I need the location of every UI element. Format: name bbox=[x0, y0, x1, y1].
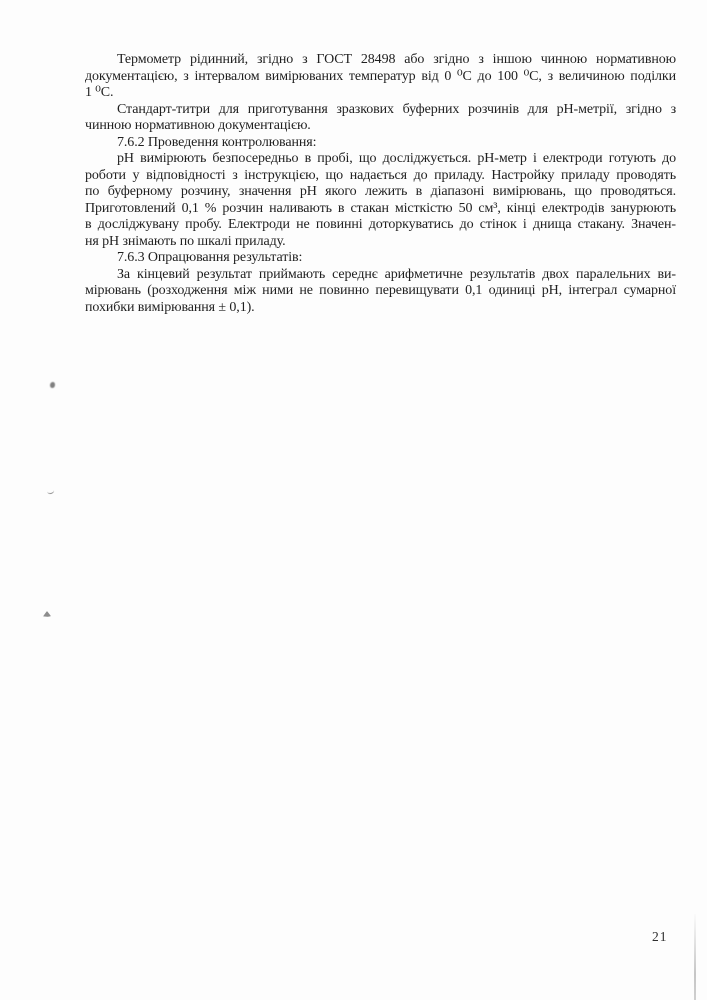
text-line: ня рН знімають по шкалі приладу. bbox=[85, 234, 676, 251]
text-line: Приготовлений 0,1 % розчин наливають в с… bbox=[85, 201, 676, 218]
section-heading-7-6-2: 7.6.2 Проведення контролювання: bbox=[85, 135, 676, 152]
scan-edge-artifact bbox=[694, 914, 696, 1000]
text-line: по буферному розчину, значення рН якого … bbox=[85, 184, 676, 201]
text-line: документацією, з інтервалом вимірюваних … bbox=[85, 69, 676, 86]
text-line: в досліджувану пробу. Електроди не повин… bbox=[85, 217, 676, 234]
text-line: чинною нормативною документацією. bbox=[85, 118, 676, 135]
text-line: рН вимірюють безпосередньо в пробі, що д… bbox=[85, 151, 676, 168]
text-line: За кінцевий результат приймають середнє … bbox=[85, 267, 676, 284]
scan-speck bbox=[43, 611, 51, 617]
text-line: Стандарт-титри для приготування зразкови… bbox=[85, 102, 676, 119]
section-heading-7-6-3: 7.6.3 Опрацювання результатів: bbox=[85, 250, 676, 267]
scan-speck bbox=[46, 487, 54, 494]
page-number: 21 bbox=[652, 929, 668, 945]
text-line: 1 ⁰С. bbox=[85, 85, 676, 102]
scanned-document-page: Термометр рідинний, згідно з ГОСТ 28498 … bbox=[0, 0, 707, 1000]
document-body-text: Термометр рідинний, згідно з ГОСТ 28498 … bbox=[85, 52, 676, 316]
text-line: похибки вимірювання ± 0,1). bbox=[85, 300, 676, 317]
text-line: роботи у відповідності з інструкцією, що… bbox=[85, 168, 676, 185]
text-line: мірювань (розходження між ними не повинн… bbox=[85, 283, 676, 300]
text-line: Термометр рідинний, згідно з ГОСТ 28498 … bbox=[85, 52, 676, 69]
scan-speck bbox=[50, 382, 55, 388]
